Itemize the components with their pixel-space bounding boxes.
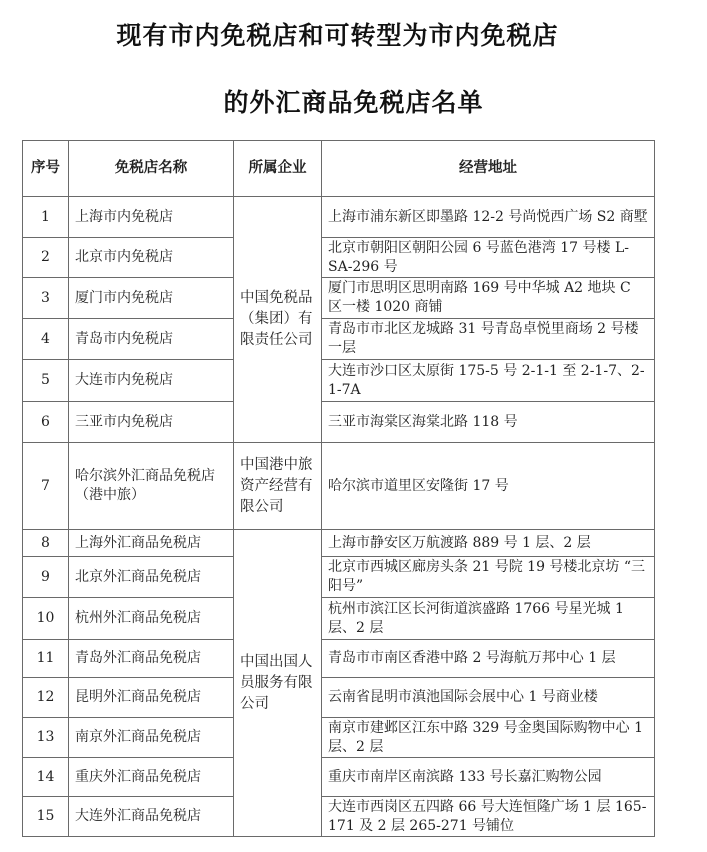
store-address: 北京市西城区廊房头条 21 号院 19 号楼北京坊 “三阳号” (322, 557, 655, 598)
serial-no: 4 (23, 319, 69, 360)
store-name: 上海外汇商品免税店 (69, 530, 234, 557)
serial-no: 3 (23, 278, 69, 319)
serial-no: 12 (23, 678, 69, 718)
table-row: 5 大连市内免税店 大连市沙口区太原街 175-5 号 2-1-1 至 2-1-… (23, 360, 655, 402)
store-name: 南京外汇商品免税店 (69, 718, 234, 758)
table-row: 3 厦门市内免税店 厦门市思明区思明南路 169 号中华城 A2 地块 C 区一… (23, 278, 655, 319)
store-address: 厦门市思明区思明南路 169 号中华城 A2 地块 C 区一楼 1020 商铺 (322, 278, 655, 319)
serial-no: 6 (23, 402, 69, 443)
serial-no: 11 (23, 640, 69, 678)
serial-no: 5 (23, 360, 69, 402)
serial-no: 14 (23, 758, 69, 797)
header-serial-no: 序号 (23, 141, 69, 197)
store-address: 三亚市海棠区海棠北路 118 号 (322, 402, 655, 443)
store-name: 厦门市内免税店 (69, 278, 234, 319)
store-address: 上海市静安区万航渡路 889 号 1 层、2 层 (322, 530, 655, 557)
store-name: 青岛外汇商品免税店 (69, 640, 234, 678)
store-address: 大连市沙口区太原街 175-5 号 2-1-1 至 2-1-7、2-1-7A (322, 360, 655, 402)
store-name: 上海市内免税店 (69, 197, 234, 238)
table-row: 14 重庆外汇商品免税店 重庆市南岸区南滨路 133 号长嘉汇购物公园 (23, 758, 655, 797)
store-address: 云南省昆明市滇池国际会展中心 1 号商业楼 (322, 678, 655, 718)
table-row: 10 杭州外汇商品免税店 杭州市滨江区长河街道滨盛路 1766 号星光城 1 层… (23, 598, 655, 640)
table-row: 8 上海外汇商品免税店 中国出国人员服务有限公司 上海市静安区万航渡路 889 … (23, 530, 655, 557)
store-name: 大连外汇商品免税店 (69, 797, 234, 837)
document-title-line-1: 现有市内免税店和可转型为市内免税店 (0, 16, 691, 52)
store-name: 重庆外汇商品免税店 (69, 758, 234, 797)
table-row: 2 北京市内免税店 北京市朝阳区朝阳公园 6 号蓝色港湾 17 号楼 L-SA-… (23, 238, 655, 278)
document-title-line-2: 的外汇商品免税店名单 (0, 83, 707, 119)
duty-free-store-table: 序号 免税店名称 所属企业 经营地址 1 上海市内免税店 中国免税品（集团）有限… (22, 140, 655, 837)
company-name: 中国港中旅资产经营有限公司 (234, 443, 322, 530)
table-row: 15 大连外汇商品免税店 大连市西岗区五四路 66 号大连恒隆广场 1 层 16… (23, 797, 655, 837)
store-name: 杭州外汇商品免税店 (69, 598, 234, 640)
serial-no: 2 (23, 238, 69, 278)
table-row: 4 青岛市内免税店 青岛市市北区龙城路 31 号青岛卓悦里商场 2 号楼一层 (23, 319, 655, 360)
store-name: 哈尔滨外汇商品免税店（港中旅） (69, 443, 234, 530)
table-header-row: 序号 免税店名称 所属企业 经营地址 (23, 141, 655, 197)
serial-no: 1 (23, 197, 69, 238)
store-address: 杭州市滨江区长河街道滨盛路 1766 号星光城 1 层、2 层 (322, 598, 655, 640)
header-address: 经营地址 (322, 141, 655, 197)
company-name: 中国免税品（集团）有限责任公司 (234, 197, 322, 443)
store-name: 昆明外汇商品免税店 (69, 678, 234, 718)
table-row: 1 上海市内免税店 中国免税品（集团）有限责任公司 上海市浦东新区即墨路 12-… (23, 197, 655, 238)
table-row: 12 昆明外汇商品免税店 云南省昆明市滇池国际会展中心 1 号商业楼 (23, 678, 655, 718)
store-name: 大连市内免税店 (69, 360, 234, 402)
serial-no: 8 (23, 530, 69, 557)
store-address: 大连市西岗区五四路 66 号大连恒隆广场 1 层 165-171 及 2 层 2… (322, 797, 655, 837)
store-name: 三亚市内免税店 (69, 402, 234, 443)
serial-no: 15 (23, 797, 69, 837)
company-name: 中国出国人员服务有限公司 (234, 530, 322, 837)
serial-no: 7 (23, 443, 69, 530)
store-address: 南京市建邺区江东中路 329 号金奥国际购物中心 1 层、2 层 (322, 718, 655, 758)
header-store-name: 免税店名称 (69, 141, 234, 197)
table-row: 7 哈尔滨外汇商品免税店（港中旅） 中国港中旅资产经营有限公司 哈尔滨市道里区安… (23, 443, 655, 530)
store-name: 北京外汇商品免税店 (69, 557, 234, 598)
serial-no: 13 (23, 718, 69, 758)
table-row: 9 北京外汇商品免税店 北京市西城区廊房头条 21 号院 19 号楼北京坊 “三… (23, 557, 655, 598)
store-address: 上海市浦东新区即墨路 12-2 号尚悦西广场 S2 商墅 (322, 197, 655, 238)
serial-no: 9 (23, 557, 69, 598)
store-address: 北京市朝阳区朝阳公园 6 号蓝色港湾 17 号楼 L-SA-296 号 (322, 238, 655, 278)
store-address: 哈尔滨市道里区安隆街 17 号 (322, 443, 655, 530)
serial-no: 10 (23, 598, 69, 640)
store-address: 青岛市市南区香港中路 2 号海航万邦中心 1 层 (322, 640, 655, 678)
store-address: 重庆市南岸区南滨路 133 号长嘉汇购物公园 (322, 758, 655, 797)
store-name: 北京市内免税店 (69, 238, 234, 278)
store-address: 青岛市市北区龙城路 31 号青岛卓悦里商场 2 号楼一层 (322, 319, 655, 360)
table-row: 11 青岛外汇商品免税店 青岛市市南区香港中路 2 号海航万邦中心 1 层 (23, 640, 655, 678)
store-name: 青岛市内免税店 (69, 319, 234, 360)
table-row: 13 南京外汇商品免税店 南京市建邺区江东中路 329 号金奥国际购物中心 1 … (23, 718, 655, 758)
table-row: 6 三亚市内免税店 三亚市海棠区海棠北路 118 号 (23, 402, 655, 443)
header-company: 所属企业 (234, 141, 322, 197)
